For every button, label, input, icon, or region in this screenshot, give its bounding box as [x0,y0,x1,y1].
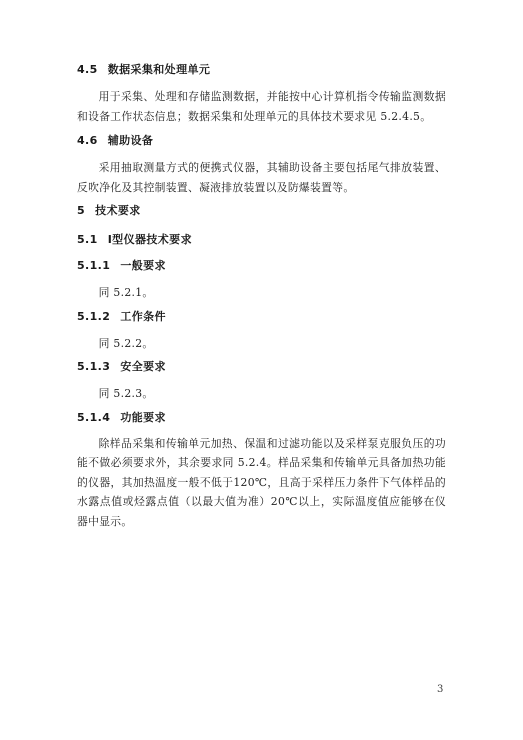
paragraph-4-5: 用于采集、处理和存储监测数据，并能按中心计算机指令传输监测数据和设备工作状态信息… [77,87,446,126]
section-number: 5.1 [77,232,98,247]
section-heading-5-1-4: 5.1.4功能要求 [77,410,446,425]
section-number: 5.1.4 [77,410,110,425]
section-number: 4.5 [77,62,98,77]
page-number: 3 [437,684,443,695]
document-content: 4.5数据采集和处理单元 用于采集、处理和存储监测数据，并能按中心计算机指令传输… [0,0,523,531]
section-heading-4-5: 4.5数据采集和处理单元 [77,62,446,77]
section-title: Ⅰ型仪器技术要求 [108,233,192,246]
section-heading-5: 5技术要求 [77,203,446,218]
section-number: 5.1.2 [77,309,110,324]
paragraph-5-1-3: 同 5.2.3。 [77,384,446,404]
section-heading-5-1-3: 5.1.3安全要求 [77,359,446,374]
section-number: 5.1.3 [77,359,110,374]
section-heading-4-6: 4.6辅助设备 [77,133,446,148]
section-number: 4.6 [77,133,98,148]
section-title: 一般要求 [120,259,166,272]
paragraph-5-1-2: 同 5.2.2。 [77,334,446,354]
document-page: 4.5数据采集和处理单元 用于采集、处理和存储监测数据，并能按中心计算机指令传输… [0,0,523,740]
paragraph-5-1-1: 同 5.2.1。 [77,283,446,303]
paragraph-5-1-4: 除样品采集和传输单元加热、保温和过滤功能以及采样泵克服负压的功能不做必须要求外，… [77,434,446,532]
section-title: 数据采集和处理单元 [108,63,211,76]
section-heading-5-1-2: 5.1.2工作条件 [77,309,446,324]
section-title: 工作条件 [120,310,166,323]
section-title: 技术要求 [95,204,141,217]
section-title: 辅助设备 [108,134,154,147]
section-heading-5-1: 5.1Ⅰ型仪器技术要求 [77,232,446,247]
section-number: 5 [77,203,85,218]
section-title: 功能要求 [120,411,166,424]
section-title: 安全要求 [120,360,166,373]
section-heading-5-1-1: 5.1.1一般要求 [77,258,446,273]
section-number: 5.1.1 [77,258,110,273]
paragraph-4-6: 采用抽取测量方式的便携式仪器，其辅助设备主要包括尾气排放装置、反吹净化及其控制装… [77,158,446,197]
